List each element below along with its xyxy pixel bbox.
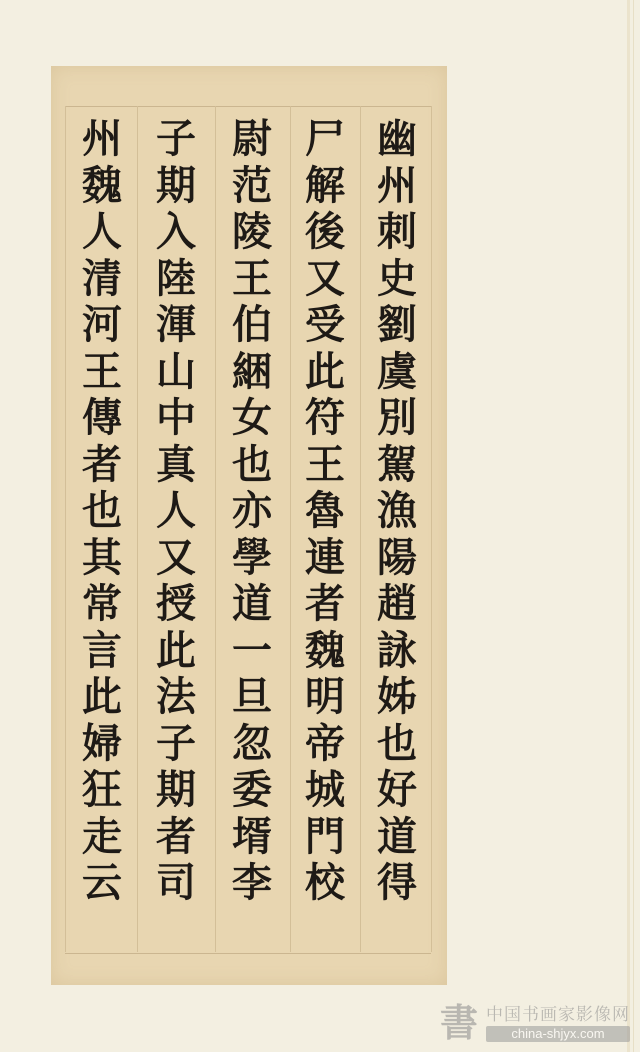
character: 常 [72, 581, 132, 628]
character: 言 [72, 628, 132, 675]
character: 授 [146, 581, 206, 628]
character: 子 [146, 721, 206, 768]
character: 李 [222, 860, 282, 907]
column-rule [137, 106, 138, 952]
character: 魏 [72, 163, 132, 210]
character: 魏 [295, 628, 355, 675]
character: 又 [146, 535, 206, 582]
character: 趙 [367, 581, 427, 628]
character: 人 [72, 209, 132, 256]
character: 婦 [72, 721, 132, 768]
character: 王 [72, 349, 132, 396]
character: 委 [222, 767, 282, 814]
character: 一 [222, 628, 282, 675]
character: 期 [146, 767, 206, 814]
character: 城 [295, 767, 355, 814]
character: 此 [146, 628, 206, 675]
character: 尸 [295, 116, 355, 163]
character: 幽 [367, 116, 427, 163]
character: 壻 [222, 814, 282, 861]
character: 尉 [222, 116, 282, 163]
text-column-5: 州 魏 人 清 河 王 傳 者 也 其 常 言 此 婦 狂 走 云 [67, 116, 137, 956]
character: 明 [295, 674, 355, 721]
mount-edge [627, 0, 630, 1052]
character: 真 [146, 442, 206, 489]
character: 符 [295, 395, 355, 442]
character: 也 [72, 488, 132, 535]
character: 道 [222, 581, 282, 628]
character: 司 [146, 860, 206, 907]
character: 伯 [222, 302, 282, 349]
text-column-4: 子 期 入 陸 渾 山 中 真 人 又 授 此 法 子 期 者 司 [141, 116, 211, 956]
character: 中 [146, 395, 206, 442]
column-rule [360, 106, 361, 952]
character: 狂 [72, 767, 132, 814]
character: 期 [146, 163, 206, 210]
character: 河 [72, 302, 132, 349]
character: 魯 [295, 488, 355, 535]
character: 受 [295, 302, 355, 349]
character: 學 [222, 535, 282, 582]
character: 此 [295, 349, 355, 396]
character: 王 [295, 442, 355, 489]
character: 入 [146, 209, 206, 256]
character: 范 [222, 163, 282, 210]
watermark-site-name: 中国书画家影像网 [486, 1004, 630, 1026]
character: 綑 [222, 349, 282, 396]
text-column-1: 幽 州 刺 史 劉 虞 別 駕 漁 陽 趙 詠 姊 也 好 道 得 [362, 116, 432, 956]
character: 山 [146, 349, 206, 396]
mount-edge-line [633, 0, 634, 1052]
character: 又 [295, 256, 355, 303]
character: 漁 [367, 488, 427, 535]
character: 旦 [222, 674, 282, 721]
character: 史 [367, 256, 427, 303]
character: 渾 [146, 302, 206, 349]
character: 此 [72, 674, 132, 721]
character: 帝 [295, 721, 355, 768]
calligraphy-paper: 幽 州 刺 史 劉 虞 別 駕 漁 陽 趙 詠 姊 也 好 道 得 尸 解 後 … [51, 66, 447, 985]
character: 陽 [367, 535, 427, 582]
column-rule [215, 106, 216, 952]
character: 其 [72, 535, 132, 582]
character: 也 [367, 721, 427, 768]
character: 門 [295, 814, 355, 861]
character: 走 [72, 814, 132, 861]
calligraphy-logo-icon: 書 [436, 1000, 482, 1046]
character: 者 [146, 814, 206, 861]
character: 得 [367, 860, 427, 907]
character: 駕 [367, 442, 427, 489]
character: 州 [367, 163, 427, 210]
text-column-2: 尸 解 後 又 受 此 符 王 魯 連 者 魏 明 帝 城 門 校 [290, 116, 360, 956]
text-column-3: 尉 范 陵 王 伯 綑 女 也 亦 學 道 一 旦 忽 委 壻 李 [217, 116, 287, 956]
character: 虞 [367, 349, 427, 396]
character: 劉 [367, 302, 427, 349]
column-rule [65, 106, 66, 952]
character: 州 [72, 116, 132, 163]
character: 子 [146, 116, 206, 163]
character: 者 [295, 581, 355, 628]
character: 陸 [146, 256, 206, 303]
character: 也 [222, 442, 282, 489]
character: 陵 [222, 209, 282, 256]
character: 後 [295, 209, 355, 256]
character: 者 [72, 442, 132, 489]
character: 詠 [367, 628, 427, 675]
site-watermark: 書 中国书画家影像网 china-shjyx.com [436, 998, 636, 1048]
character: 連 [295, 535, 355, 582]
character: 姊 [367, 674, 427, 721]
character: 清 [72, 256, 132, 303]
character: 法 [146, 674, 206, 721]
character: 亦 [222, 488, 282, 535]
character: 解 [295, 163, 355, 210]
character: 道 [367, 814, 427, 861]
watermark-url: china-shjyx.com [486, 1026, 630, 1042]
character: 校 [295, 860, 355, 907]
character: 人 [146, 488, 206, 535]
character: 刺 [367, 209, 427, 256]
character: 女 [222, 395, 282, 442]
character: 忽 [222, 721, 282, 768]
character: 王 [222, 256, 282, 303]
character: 傳 [72, 395, 132, 442]
character: 別 [367, 395, 427, 442]
character: 云 [72, 860, 132, 907]
character: 好 [367, 767, 427, 814]
